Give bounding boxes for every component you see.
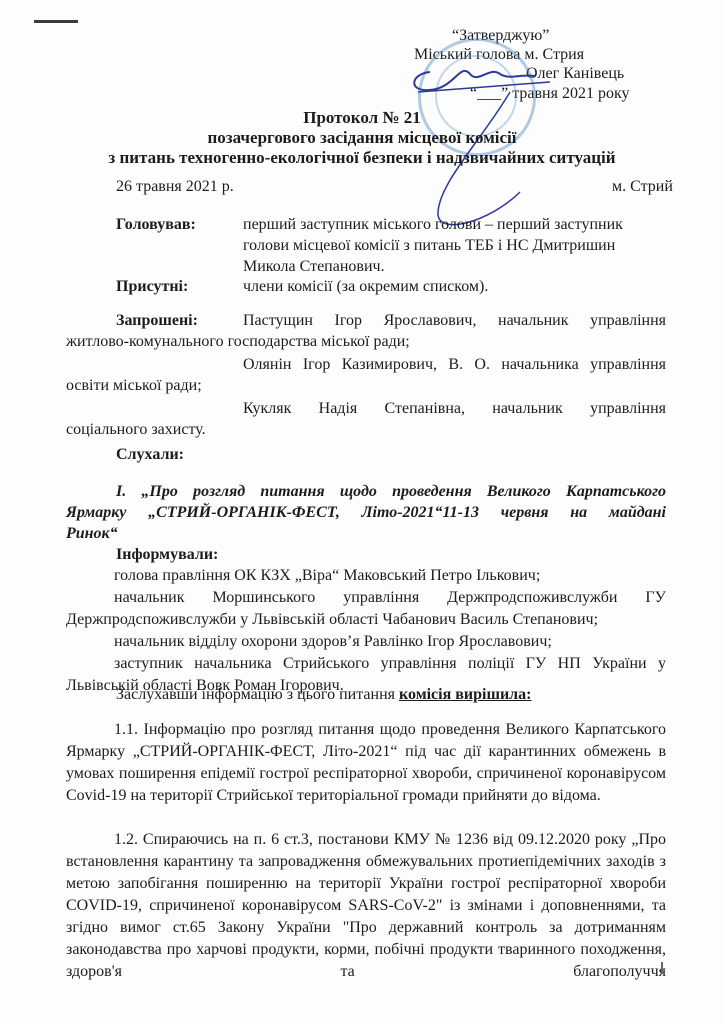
chaired-label: Головував:	[116, 214, 196, 236]
agenda-item: I. „Про розгляд питання щодо проведення …	[116, 481, 666, 503]
corner-mark	[34, 20, 78, 23]
informed-label: Інформували:	[116, 544, 218, 566]
invited-label: Запрошені:	[116, 310, 198, 332]
invited-item-cont: житлово-комунального господарства місько…	[66, 331, 410, 353]
meeting-place: м. Стрий	[612, 176, 673, 198]
chaired-line: Микола Степанович.	[243, 256, 385, 278]
document-page: “Затверджую” Міський голова м. Стрия Оле…	[0, 0, 724, 1024]
agenda-item: Ринок“	[66, 523, 118, 545]
decision-emphasis: комісія вирішила:	[399, 686, 531, 703]
informed-list: голова правління ОК КЗХ „Віра“ Маковськи…	[66, 565, 666, 697]
present-label: Присутні:	[116, 276, 188, 298]
decision-intro: Заслухавши інформацію з цього питання ко…	[116, 684, 531, 706]
invited-item: Олянін Ігор Казимирович, В. О. начальник…	[243, 354, 666, 376]
invited-item-cont: освіти міської ради;	[66, 375, 202, 397]
commission-name: з питань техногенно-екологічної безпеки …	[0, 148, 724, 168]
page-number-mark	[661, 962, 663, 974]
decision-point-2: 1.2. Спираючись на п. 6 ст.3, постанови …	[66, 829, 666, 983]
meeting-date: 26 травня 2021 р.	[116, 176, 234, 198]
chaired-line: голови місцевої комісії з питань ТЕБ і Н…	[243, 235, 615, 257]
present-text: члени комісії (за окремим списком).	[243, 276, 488, 298]
decision-text: 1.2. Спираючись на п. 6 ст.3, постанови …	[66, 829, 666, 983]
decision-text: 1.1. Інформацію про розгляд питання щодо…	[66, 719, 666, 807]
protocol-number: Протокол № 21	[0, 108, 724, 128]
protocol-subtitle: позачергового засідання місцевої комісії	[0, 128, 724, 148]
decision-intro-text: Заслухавши інформацію з цього питання	[116, 686, 399, 703]
decision-point-1: 1.1. Інформацію про розгляд питання щодо…	[66, 719, 666, 807]
agenda-item: Ярмарку „СТРИЙ-ОРГАНІК-ФЕСТ, Літо-2021“1…	[66, 502, 666, 524]
informed-item: начальник відділу охорони здоров’я Равлі…	[66, 631, 666, 653]
invited-item-cont: соціального захисту.	[66, 419, 206, 441]
chaired-line: перший заступник міського голови – перши…	[243, 214, 623, 236]
invited-item: Кукляк Надія Степанівна, начальник управ…	[243, 398, 666, 420]
invited-item: Пастущин Ігор Ярославович, начальник упр…	[243, 310, 666, 332]
heard-label: Слухали:	[116, 444, 184, 466]
informed-item: начальник Моршинського управління Держпр…	[66, 587, 666, 631]
informed-item: голова правління ОК КЗХ „Віра“ Маковськи…	[66, 565, 666, 587]
